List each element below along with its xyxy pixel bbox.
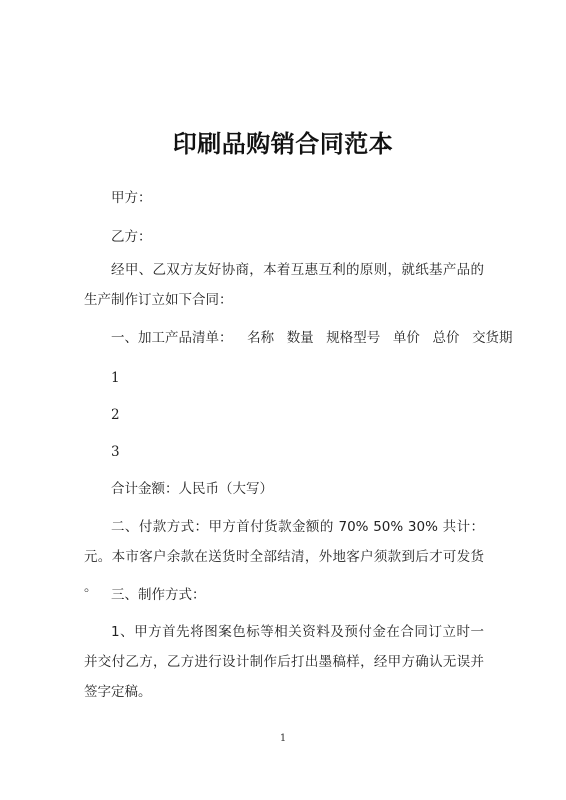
column-header-name: 名称: [247, 330, 274, 346]
column-header-spec: 规格型号: [326, 330, 380, 346]
section3-heading: 三、制作方式：: [111, 580, 511, 610]
product-row-3: 3: [111, 437, 511, 467]
product-row-2: 2: [111, 400, 511, 430]
section3-item1-paragraph: 1、甲方首先将图案色标等相关资料及预付金在合同订立时一并交付乙方，乙方进行设计制…: [84, 617, 484, 707]
product-row-1: 1: [111, 363, 511, 393]
page-number: 1: [0, 733, 566, 744]
total-amount-label: 合计金额：人民币（大写）: [111, 474, 511, 504]
intro-paragraph: 经甲、乙双方友好协商，本着互惠互利的原则，就纸基产品的生产制作订立如下合同：: [84, 255, 484, 315]
column-header-quantity: 数量: [287, 330, 314, 346]
party-a-label: 甲方：: [111, 183, 511, 213]
party-b-label: 乙方：: [111, 222, 511, 252]
document-title: 印刷品购销合同范本: [0, 124, 566, 159]
column-header-delivery-date: 交货期: [472, 330, 513, 346]
column-header-unit-price: 单价: [393, 330, 420, 346]
column-header-total-price: 总价: [432, 330, 459, 346]
section1-heading: 一、加工产品清单：: [111, 330, 233, 346]
document-page: 印刷品购销合同范本 甲方： 乙方： 经甲、乙双方友好协商，本着互惠互利的原则，就…: [0, 0, 566, 800]
section1-product-list: 一、加工产品清单： 名称 数量 规格型号 单价 总价 交货期: [111, 323, 511, 353]
